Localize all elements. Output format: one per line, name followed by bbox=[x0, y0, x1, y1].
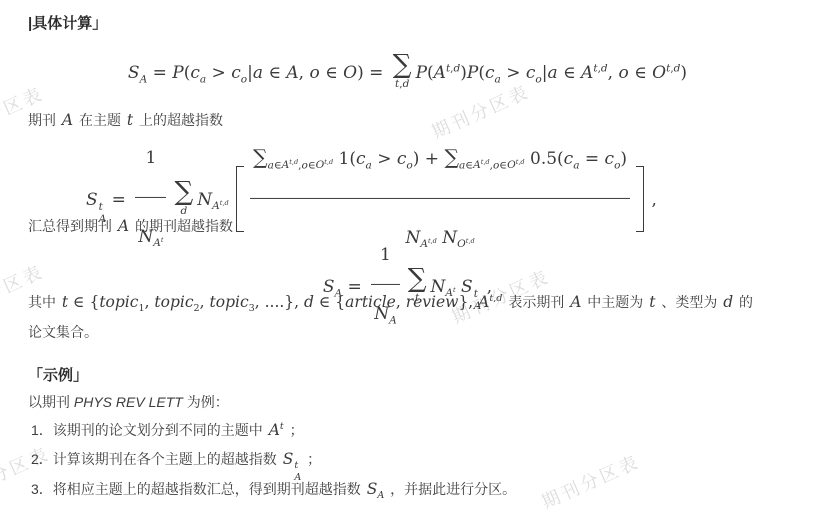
math-token: 1( bbox=[333, 149, 356, 169]
math-token: c bbox=[190, 63, 200, 83]
text-run: 以期刊 bbox=[28, 394, 74, 410]
math-token: = bbox=[579, 149, 604, 169]
text-run: 的 bbox=[735, 294, 753, 310]
math-token: c bbox=[231, 63, 241, 83]
math-token: , bbox=[646, 190, 657, 210]
text-where-definitions-cont: 论文集合。 bbox=[28, 321, 98, 343]
math-token: > bbox=[372, 149, 397, 169]
inline-math: At bbox=[269, 422, 284, 439]
math-token: Ot,d bbox=[316, 159, 334, 171]
math-token: StA bbox=[86, 190, 106, 209]
math-token: At bbox=[269, 422, 284, 439]
math-token: topic1 bbox=[99, 294, 144, 311]
math-token: O bbox=[343, 63, 357, 83]
subscript: A bbox=[389, 314, 397, 326]
math-token: At,d bbox=[478, 294, 502, 311]
math-token: , bbox=[200, 293, 210, 311]
math-token: d bbox=[403, 78, 410, 90]
math-token: ∑ bbox=[174, 180, 193, 205]
text-where-definitions: 其中 t ∈ {topic1, topic2, topic3, ....}, d… bbox=[28, 291, 753, 314]
superscript: t bbox=[280, 421, 284, 432]
math-token: , bbox=[299, 63, 310, 83]
math-token: O bbox=[507, 159, 516, 171]
math-token: = bbox=[147, 63, 172, 83]
watermark-text: 期刊分区表 bbox=[537, 448, 643, 514]
math-token: ∈ bbox=[274, 159, 282, 171]
text-run: 中主题为 bbox=[583, 294, 647, 310]
math-token: d bbox=[496, 293, 502, 304]
math-token: At,d bbox=[282, 159, 298, 171]
big-bracket bbox=[636, 166, 644, 232]
math-token: At,d bbox=[581, 63, 608, 82]
math-token: t bbox=[294, 460, 298, 471]
text-run: 为例： bbox=[183, 394, 229, 410]
superscript: t,d bbox=[446, 62, 460, 74]
superscript: t,d bbox=[324, 159, 333, 166]
superscript: t,d bbox=[516, 159, 525, 166]
math-token: , ....}, bbox=[255, 293, 304, 311]
text-run: ，并据此进行分区。 bbox=[386, 481, 516, 497]
section-title-example: 「示例」 bbox=[28, 364, 88, 385]
math-token: ∈ bbox=[499, 159, 507, 171]
math-token: t bbox=[294, 460, 298, 472]
math-token: ca bbox=[356, 149, 372, 168]
subscript: a∈At,d,o∈Ot,d bbox=[268, 159, 334, 171]
math-token: > bbox=[206, 63, 231, 83]
math-token: A bbox=[389, 314, 397, 326]
math-token: A bbox=[212, 200, 220, 212]
formula-topic-exceed-index: StA = 1NAt∑dNAt,d ∑a∈At,d,o∈Ot,d 1(ca > … bbox=[86, 122, 657, 198]
formula-journal-exceed-index: SA = 1NA∑tNAt StA , bbox=[0, 230, 815, 286]
math-token: c bbox=[397, 149, 407, 169]
math-token: ∈ bbox=[629, 63, 652, 83]
math-token: SA bbox=[367, 481, 385, 498]
math-token: o bbox=[618, 63, 628, 83]
math-token: S bbox=[86, 190, 98, 210]
formula-overall-exceed-index: SA = P(ca > co|a ∈ A, o ∈ O) = ∑t,dP(At,… bbox=[0, 44, 815, 102]
math-token: ∑a∈At,d,o∈Ot,d 1(ca > co) + ∑a∈At,d,o∈Ot… bbox=[250, 119, 630, 198]
math-token: ) = bbox=[357, 63, 389, 83]
math-token: article bbox=[345, 293, 396, 311]
math-token: 1 bbox=[371, 227, 399, 284]
math-token: co bbox=[526, 63, 542, 82]
math-token: = bbox=[106, 190, 131, 210]
inline-math: t bbox=[649, 294, 655, 311]
math-token: d bbox=[224, 199, 228, 207]
math-token: d bbox=[723, 293, 733, 311]
math-token: o bbox=[309, 63, 319, 83]
subscript: At,d bbox=[212, 200, 228, 212]
math-token: t bbox=[99, 201, 103, 213]
math-token: topic3 bbox=[210, 294, 255, 311]
inline-math: A bbox=[570, 294, 581, 311]
math-token: c bbox=[356, 149, 366, 169]
math-token: At,d bbox=[434, 63, 461, 82]
math-token: 1NA bbox=[371, 227, 399, 342]
sum-operator: ∑d bbox=[174, 180, 193, 217]
math-token: t,d bbox=[395, 79, 409, 90]
superscript: t,d bbox=[220, 200, 229, 207]
inline-math: d bbox=[723, 294, 733, 311]
journal-name-italic: PHYS REV LETT bbox=[74, 394, 183, 410]
text-run: 表示期刊 bbox=[504, 294, 568, 310]
superscript: t,d bbox=[593, 62, 607, 74]
math-token: }, bbox=[458, 293, 478, 311]
math-token: topic bbox=[154, 293, 193, 311]
math-token: c bbox=[564, 149, 574, 169]
math-token: c bbox=[485, 63, 495, 83]
subscript: a∈At,d,o∈Ot,d bbox=[459, 159, 525, 171]
math-token: NAt,d bbox=[197, 190, 228, 209]
math-token: review bbox=[406, 293, 459, 311]
math-token: A bbox=[473, 159, 481, 171]
math-token: c bbox=[605, 149, 615, 169]
math-token: , bbox=[145, 293, 155, 311]
math-token: ∈ { bbox=[68, 293, 99, 311]
math-token: S bbox=[367, 480, 378, 498]
math-token: ) bbox=[680, 63, 687, 83]
math-token: a bbox=[253, 63, 263, 83]
math-token: S bbox=[128, 63, 140, 83]
sum-operator: ∑t,d bbox=[393, 53, 412, 90]
text-example-intro: 以期刊 PHYS REV LETT 为例： bbox=[28, 391, 229, 413]
math-token: d bbox=[304, 293, 314, 311]
text-run: 2．计算该期刊在各个主题上的超越指数 bbox=[31, 451, 281, 467]
section-title-calculation: |具体计算」 bbox=[28, 12, 107, 33]
math-token: A bbox=[478, 293, 489, 311]
superscript: t,d bbox=[489, 293, 502, 304]
superscript: t,d bbox=[289, 159, 298, 166]
inline-math: t ∈ {topic1, topic2, topic3, ....}, d ∈ … bbox=[62, 294, 503, 311]
text-run: 1．该期刊的论文划分到不同的主题中 bbox=[31, 422, 267, 438]
math-token: 0.5( bbox=[525, 149, 564, 169]
math-token: N bbox=[197, 190, 212, 210]
text-run: 其中 bbox=[28, 294, 60, 310]
math-token: > bbox=[501, 63, 526, 83]
math-token: 1 bbox=[145, 148, 156, 168]
math-token: O bbox=[652, 63, 666, 83]
math-token: ∑a∈At,d,o∈Ot,d bbox=[253, 149, 333, 168]
math-token: ) + bbox=[413, 149, 445, 169]
math-token: P bbox=[467, 63, 478, 83]
math-token: ∑a∈At,d,o∈Ot,d bbox=[444, 149, 524, 168]
text-run: 、类型为 bbox=[657, 294, 721, 310]
math-token: co bbox=[605, 149, 621, 168]
math-token: ∈ bbox=[263, 63, 286, 83]
math-token: a bbox=[548, 63, 558, 83]
math-token: O bbox=[316, 159, 325, 171]
math-token: topic2 bbox=[154, 294, 199, 311]
math-token: , bbox=[396, 293, 406, 311]
math-token: t bbox=[280, 421, 284, 432]
math-token bbox=[229, 190, 234, 210]
math-token: A bbox=[62, 111, 73, 129]
math-token: co bbox=[231, 63, 247, 82]
math-token: ∈ bbox=[320, 63, 343, 83]
math-token: ∈ { bbox=[314, 293, 345, 311]
math-token: SA bbox=[128, 63, 147, 82]
math-token: StA bbox=[283, 451, 302, 468]
math-token: co bbox=[397, 149, 413, 168]
inline-math: A bbox=[62, 112, 73, 129]
text-run: 期刊 bbox=[28, 112, 60, 128]
math-token: A bbox=[581, 63, 593, 83]
math-token: c bbox=[526, 63, 536, 83]
math-token: ∑ bbox=[444, 145, 459, 169]
math-token: t bbox=[649, 293, 655, 311]
math-token: A bbox=[269, 421, 280, 439]
math-token: A bbox=[286, 63, 298, 83]
superscript: t,d bbox=[481, 159, 490, 166]
math-token: ∈ bbox=[465, 159, 473, 171]
math-token: topic bbox=[210, 293, 249, 311]
inline-math: SA bbox=[367, 481, 385, 498]
math-token: topic bbox=[99, 293, 138, 311]
superscript: t,d bbox=[666, 62, 680, 74]
math-token: Ot,d bbox=[652, 63, 680, 82]
math-token: ∈ bbox=[558, 63, 581, 83]
math-token: ca bbox=[564, 149, 580, 168]
inline-math: StA bbox=[283, 451, 302, 468]
math-token: Ot,d bbox=[507, 159, 525, 171]
math-token: ∑ bbox=[393, 53, 412, 78]
list-item-3: 3．将相应主题上的超越指数汇总，得到期刊超越指数 SA ，并据此进行分区。 bbox=[31, 478, 516, 501]
math-token: ) bbox=[620, 149, 627, 169]
math-token: P bbox=[172, 63, 183, 83]
math-token: ) bbox=[460, 63, 467, 83]
math-token: P bbox=[416, 63, 427, 83]
text-run: ； bbox=[286, 422, 304, 438]
math-token: , bbox=[608, 63, 619, 83]
math-token: ca bbox=[485, 63, 501, 82]
math-token: 1 bbox=[135, 120, 166, 197]
math-token: 1 bbox=[380, 245, 391, 265]
math-token: At,d bbox=[473, 159, 489, 171]
text-run: 3．将相应主题上的超越指数汇总，得到期刊超越指数 bbox=[31, 481, 365, 497]
subscript: A bbox=[377, 490, 384, 501]
math-token: d bbox=[601, 62, 608, 74]
math-token: t bbox=[99, 201, 103, 214]
list-item-1: 1．该期刊的论文划分到不同的主题中 At ； bbox=[31, 419, 304, 442]
math-token: ( bbox=[427, 63, 434, 83]
math-token: ca bbox=[190, 63, 206, 82]
math-token: ∈ bbox=[308, 159, 316, 171]
document-page: 期刊分区表期刊分区表期刊分区表期刊分区表期刊分区表期刊分区表 |具体计算」 SA… bbox=[0, 0, 815, 514]
math-token: S bbox=[283, 450, 294, 468]
big-bracket bbox=[236, 166, 244, 232]
math-token: At,d bbox=[212, 200, 228, 212]
math-token: A bbox=[570, 293, 581, 311]
math-token: ∑ bbox=[408, 267, 427, 292]
math-token: A bbox=[434, 63, 446, 83]
math-token: ∑ bbox=[253, 145, 268, 169]
text-run: ； bbox=[303, 451, 321, 467]
math-token: A bbox=[377, 490, 384, 501]
